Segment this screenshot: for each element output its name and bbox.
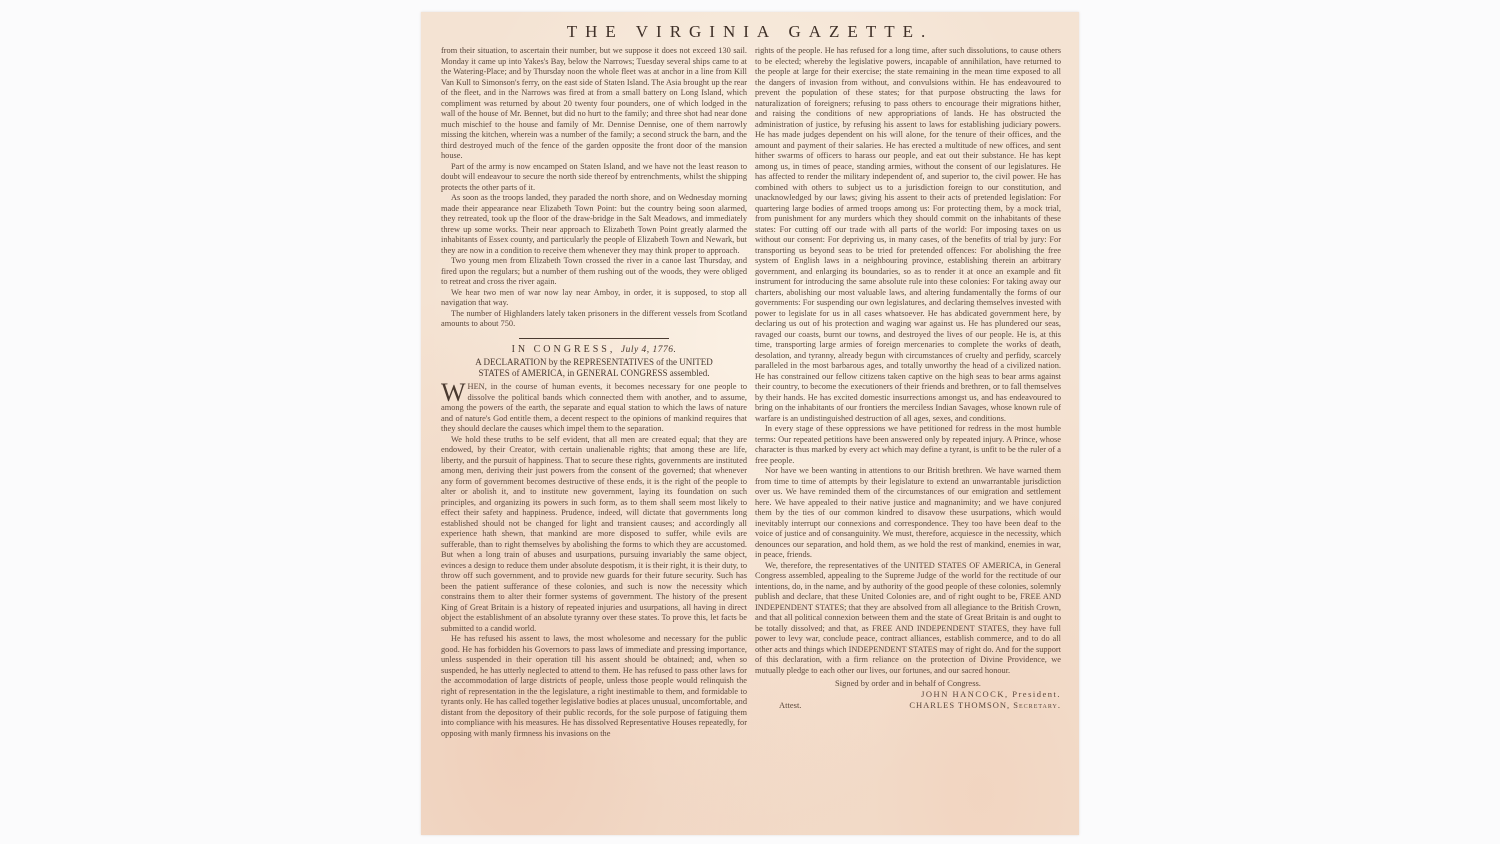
declaration-paragraph: Nor have we been wanting in attentions t…	[755, 466, 1061, 561]
declaration-title-line2: STATES of AMERICA, in GENERAL CONGRESS a…	[441, 368, 747, 379]
declaration-paragraph: We, therefore, the representatives of th…	[755, 561, 1061, 677]
signed-line: Signed by order and in behalf of Congres…	[755, 678, 1061, 689]
news-paragraph: Part of the army is now encamped on Stat…	[441, 162, 747, 194]
gazette-page: THE VIRGINIA GAZETTE. from their situati…	[421, 12, 1079, 835]
declaration-paragraph: rights of the people. He has refused for…	[755, 46, 1061, 424]
secretary-signature: CHARLES THOMSON, Secretary.	[909, 700, 1061, 711]
declaration-paragraph: He has refused his assent to laws, the m…	[441, 634, 747, 739]
news-paragraph: Two young men from Elizabeth Town crosse…	[441, 256, 747, 288]
masthead-title: THE VIRGINIA GAZETTE.	[421, 22, 1079, 42]
section-divider	[519, 338, 669, 339]
declaration-title-line1: A DECLARATION by the REPRESENTATIVES of …	[441, 357, 747, 368]
congress-heading-text: IN CONGRESS,	[512, 344, 616, 355]
left-column: from their situation, to ascertain their…	[441, 46, 747, 739]
declaration-paragraph: In every stage of these oppressions we h…	[755, 424, 1061, 466]
news-paragraph: The number of Highlanders lately taken p…	[441, 309, 747, 330]
signature-block: Signed by order and in behalf of Congres…	[755, 678, 1061, 711]
news-paragraph: from their situation, to ascertain their…	[441, 46, 747, 162]
signatory-names: JOHN HANCOCK, President. CHARLES THOMSON…	[909, 689, 1061, 711]
president-signature: JOHN HANCOCK, President.	[909, 689, 1061, 700]
news-paragraph: As soon as the troops landed, they parad…	[441, 193, 747, 256]
right-column: rights of the people. He has refused for…	[755, 46, 1061, 711]
declaration-paragraph-text: HEN, in the course of human events, it b…	[441, 382, 747, 433]
congress-heading: IN CONGRESS, July 4, 1776.	[441, 345, 747, 356]
drop-cap: W	[441, 383, 466, 403]
declaration-title: A DECLARATION by the REPRESENTATIVES of …	[441, 357, 747, 378]
signature-row: Attest. JOHN HANCOCK, President. CHARLES…	[755, 689, 1061, 711]
declaration-paragraph: We hold these truths to be self evident,…	[441, 435, 747, 635]
news-paragraph: We hear two men of war now lay near Ambo…	[441, 288, 747, 309]
declaration-paragraph: WHEN, in the course of human events, it …	[441, 382, 747, 435]
congress-date: July 4, 1776.	[621, 345, 677, 355]
attest-label: Attest.	[779, 700, 801, 711]
